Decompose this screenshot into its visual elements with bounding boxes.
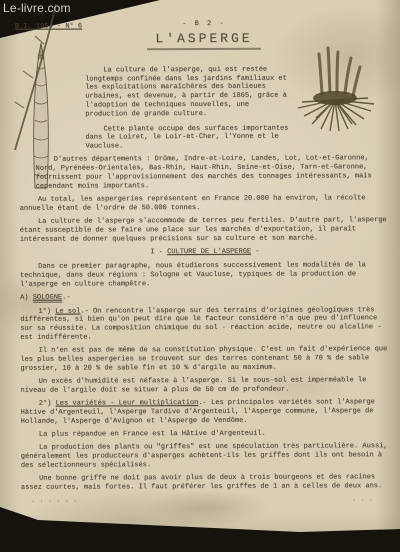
item-number: 2°)	[39, 400, 56, 408]
item-title: Le sol	[55, 307, 80, 315]
paragraph-text: La culture de l'asperge s'accommode de t…	[20, 216, 387, 243]
intro-paragraph-5: La culture de l'asperge s'accommode de t…	[20, 216, 390, 244]
item-separator: .-	[80, 307, 93, 315]
intro-paragraph-1: La culture de l'asperge, qui est restée …	[85, 65, 293, 119]
page-header: B.I. 1954 - N° 6 - B 2 -	[19, 19, 389, 34]
paragraph-text: Au total, les aspergeries représentent e…	[20, 194, 366, 212]
item-separator: .-	[198, 399, 211, 407]
paragraph-text: Une bonne griffe ne doit pas avoir plus …	[21, 474, 382, 492]
section-suffix: -	[251, 248, 259, 256]
paragraph-text: Un excès d'humidité est néfaste à l'aspe…	[20, 376, 366, 394]
subsection-sologne-heading: A) SOLOGNE.-	[20, 292, 390, 302]
intro-paragraph-2: Cette plante occupe des surfaces importa…	[85, 124, 293, 151]
asparagus-crown-icon	[292, 40, 378, 134]
paragraph-text: Il n'en est pas de même de sa constituti…	[20, 345, 387, 372]
section-title: CULTURE DE L'ASPERGE	[167, 248, 251, 256]
footer-marks: . . . . . . . . .	[21, 496, 391, 506]
paragraph-text: La culture de l'asperge, qui est restée …	[85, 66, 287, 119]
continuation-dots-left: . . . . . .	[31, 497, 77, 506]
section-heading: I - CULTURE DE L'ASPERGE -	[20, 247, 390, 257]
soil-paragraph-2: Il n'en est pas de même de sa constituti…	[20, 345, 390, 373]
photo-backdrop: Le-livre.com B.I. 1954 - N° 6 - B 2 - L'…	[0, 0, 400, 552]
paragraph-text: Cette plante occupe des surfaces importa…	[85, 124, 288, 150]
section-lead-paragraph: Dans ce premier paragraphe, nous étudier…	[20, 261, 390, 289]
soil-paragraph-1: 1°) Le sol.- On rencontre l'asperge sur …	[20, 306, 390, 343]
subsection-title: SOLOGNE	[33, 293, 62, 302]
paragraph-text: Dans ce premier paragraphe, nous étudier…	[20, 261, 366, 288]
page-title: L'ASPERGE	[147, 35, 260, 50]
continuation-dots-right: . . .	[352, 496, 373, 505]
item-title: Les variétés - Leur multiplication	[56, 399, 199, 408]
intro-paragraph-3: D'autres départements : Drôme, Indre-et-…	[35, 155, 389, 192]
watermark-text: Le-livre.com	[3, 1, 71, 15]
section-number: I -	[150, 248, 167, 256]
soil-paragraph-3: Un excès d'humidité est néfaste à l'aspe…	[20, 376, 390, 395]
varieties-paragraph-1: 2°) Les variétés - Leur multiplication.-…	[21, 398, 391, 426]
intro-paragraph-4: Au total, les aspergeries représentent e…	[20, 194, 390, 213]
asparagus-spear-icon	[20, 36, 62, 194]
varieties-paragraph-3: La production des plants ou "griffes" es…	[21, 443, 391, 471]
paragraph-text: D'autres départements : Drôme, Indre-et-…	[36, 155, 372, 191]
paragraph-text: La production des plants ou "griffes" es…	[21, 443, 388, 470]
varieties-paragraph-2: La plus répandue en France est la Hâtive…	[21, 429, 391, 439]
subsection-suffix: .-	[62, 293, 70, 301]
paragraph-text: La plus répandue en France est la Hâtive…	[39, 430, 266, 439]
varieties-paragraph-4: Une bonne griffe ne doit pas avoir plus …	[21, 474, 391, 493]
subsection-label: A)	[20, 294, 33, 302]
item-number: 1°)	[38, 307, 55, 315]
